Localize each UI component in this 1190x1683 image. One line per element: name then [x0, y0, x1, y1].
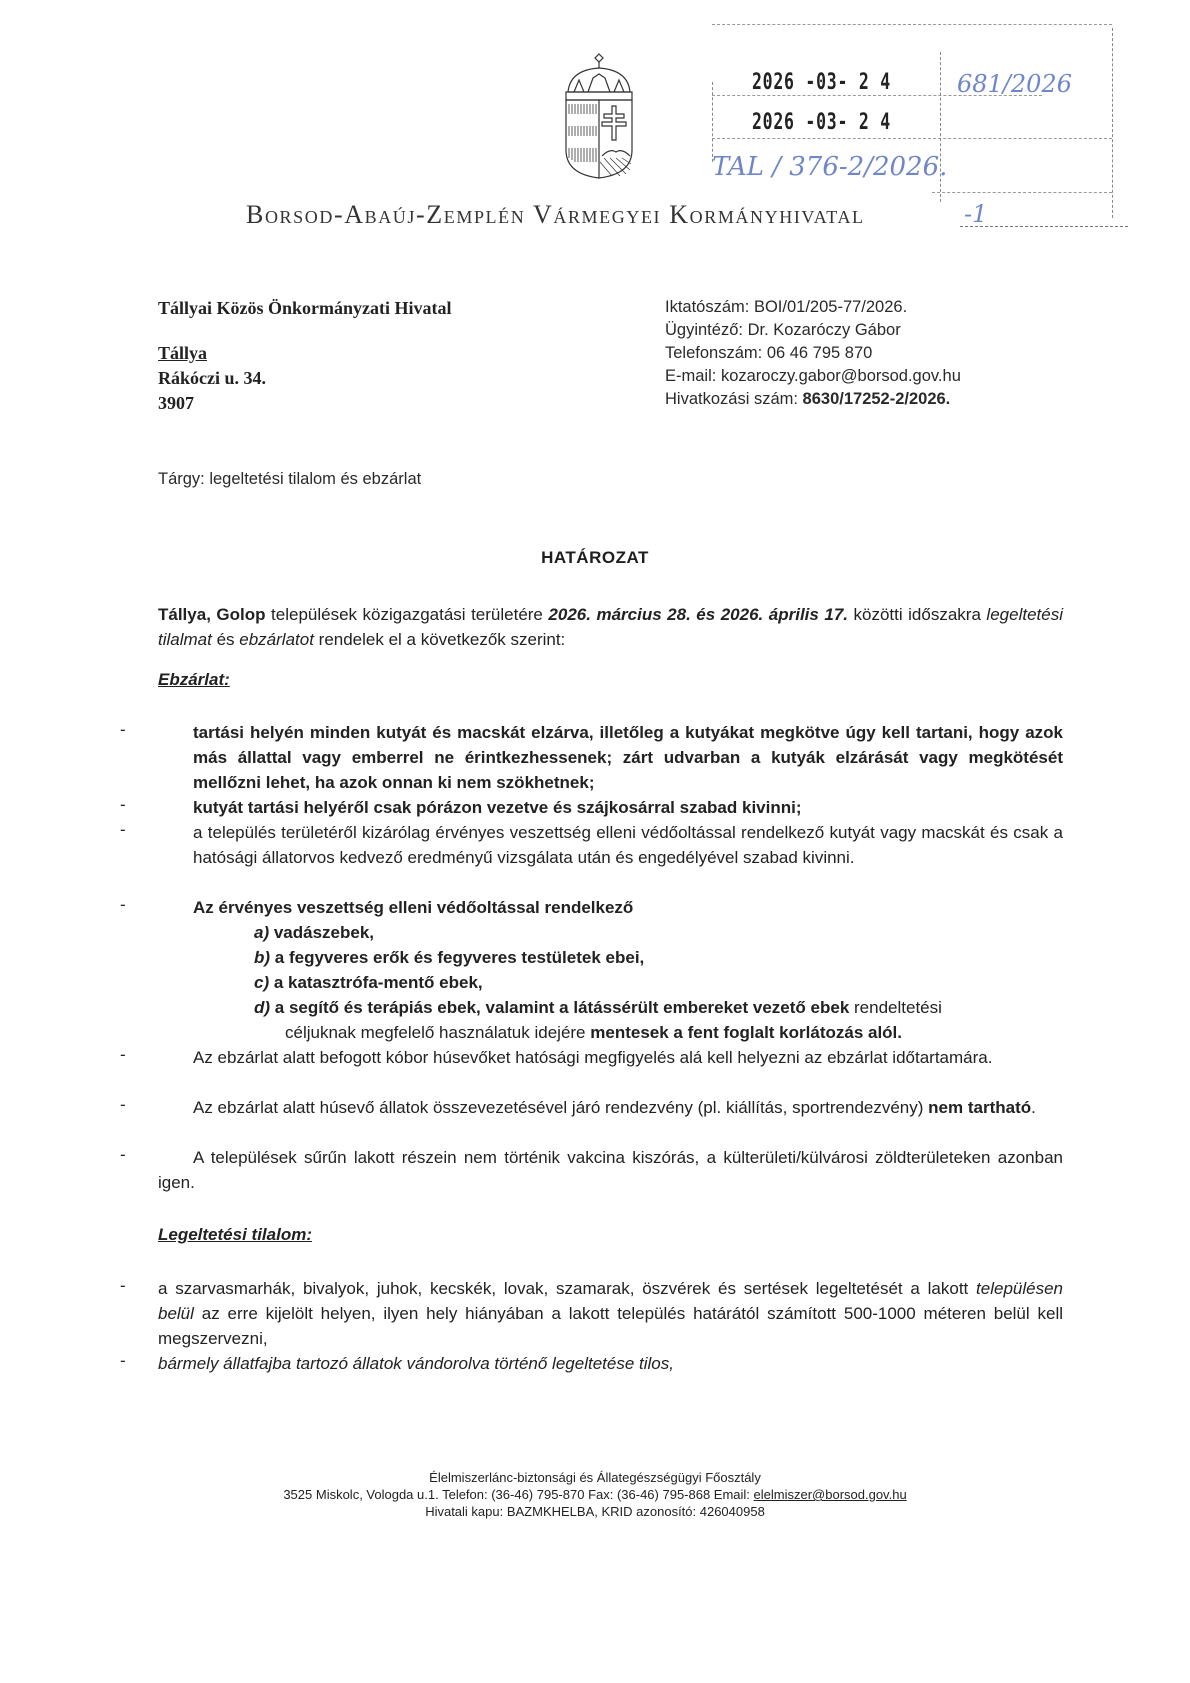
exempt-marker: b) — [254, 948, 270, 967]
document-title: HATÁROZAT — [0, 548, 1190, 568]
intro-places: Tállya, Golop — [158, 605, 266, 624]
exempt-marker: a) — [254, 923, 269, 942]
exempt-item: d) a segítő és terápiás ebek, valamint a… — [254, 995, 942, 1020]
email-value[interactable]: kozaroczy.gabor@borsod.gov.hu — [721, 367, 961, 385]
footer-address-text: 3525 Miskolc, Vologda u.1. Telefon: (36-… — [283, 1487, 753, 1502]
recipient-name: Tállyai Közös Önkormányzati Hivatal — [158, 298, 452, 319]
subject-line: Tárgy: legeltetési tilalom és ebzárlat — [158, 470, 421, 489]
received-stamp: 2026 -03- 2 4 2026 -03- 2 4 681/2026 TAL… — [712, 22, 1132, 224]
exempt-text: rendeltetési — [849, 998, 942, 1017]
intro-period: 2026. március 28. és 2026. április 17. — [548, 605, 848, 624]
reference-label: Hivatkozási szám: — [665, 390, 798, 408]
footer-gateway: Hivatali kapu: BAZMKHELBA, KRID azonosít… — [0, 1503, 1190, 1520]
stamp-date-1: 2026 -03- 2 4 — [752, 70, 891, 95]
section-heading-ebzarlat: Ebzárlat: — [158, 670, 230, 690]
filing-number-value: BOI/01/205-77/2026. — [754, 298, 907, 316]
email: E-mail: kozaroczy.gabor@borsod.gov.hu — [665, 367, 961, 386]
phone: Telefonszám: 06 46 795 870 — [665, 344, 872, 363]
exempt-marker: d) — [254, 998, 270, 1017]
exempt-text: a segítő és terápiás ebek, valamint a lá… — [270, 998, 849, 1017]
phone-label: Telefonszám: — [665, 344, 762, 362]
bullet-dash: - — [120, 795, 126, 815]
footer-address: 3525 Miskolc, Vologda u.1. Telefon: (36-… — [0, 1486, 1190, 1503]
legeltetes-text: az erre kijelölt helyen, ilyen hely hián… — [158, 1304, 1063, 1348]
exempt-text: a katasztrófa-mentő ebek, — [269, 973, 483, 992]
footer-email-link[interactable]: elelmiszer@borsod.gov.hu — [754, 1487, 907, 1502]
bullet-dash: - — [120, 1145, 126, 1165]
ebzarlat-item: a település területéről kizárólag érvény… — [158, 820, 1063, 870]
bullet-dash: - — [120, 1351, 126, 1371]
ebzarlat-rule: A települések sűrűn lakott részein nem t… — [158, 1145, 1063, 1195]
bullet-dash: - — [120, 1095, 126, 1115]
stamp-date-2: 2026 -03- 2 4 — [752, 110, 891, 135]
legeltetes-text: a szarvasmarhák, bivalyok, juhok, kecské… — [158, 1279, 976, 1298]
bullet-dash: - — [120, 895, 126, 915]
recipient-city: Tállya — [158, 343, 207, 364]
exempt-marker: c) — [254, 973, 269, 992]
exempt-item: b) a fegyveres erők és fegyveres testüle… — [254, 945, 644, 970]
legeltetes-item: a szarvasmarhák, bivalyok, juhok, kecské… — [158, 1276, 1063, 1351]
handwritten-number: 681/2026 — [957, 70, 1072, 98]
intro-text: települések közigazgatási területére — [266, 605, 549, 624]
intro-paragraph: Tállya, Golop települések közigazgatási … — [158, 602, 1063, 652]
exempt-closing-text: céljuknak megfelelő használatuk idejére — [285, 1023, 590, 1042]
bullet-dash: - — [120, 1276, 126, 1296]
reference-number: Hivatkozási szám: 8630/17252-2/2026. — [665, 390, 950, 409]
handwritten-reference: TAL / 376-2/2026. — [712, 152, 947, 182]
rule-text: . — [1031, 1098, 1036, 1117]
exempt-item: a) vadászebek, — [254, 920, 374, 945]
ebzarlat-item: kutyát tartási helyéről csak pórázon vez… — [158, 795, 1063, 820]
intro-text: rendelek el a következők szerint: — [314, 630, 565, 649]
phone-value: 06 46 795 870 — [767, 344, 873, 362]
intro-text: közötti időszakra — [848, 605, 986, 624]
hungarian-coat-of-arms-icon — [560, 52, 638, 182]
ebzarlat-rule: Az ebzárlat alatt húsevő állatok összeve… — [158, 1095, 1063, 1120]
stamp-border-left — [712, 82, 713, 162]
exempt-intro: Az érvényes veszettség elleni védőoltáss… — [193, 895, 633, 920]
bullet-dash: - — [120, 820, 126, 840]
stamp-rule — [932, 192, 1112, 193]
filing-number: Iktatószám: BOI/01/205-77/2026. — [665, 298, 907, 317]
intro-text: és — [212, 630, 239, 649]
bullet-dash: - — [120, 720, 126, 740]
email-label: E-mail: — [665, 367, 716, 385]
ebzarlat-item: tartási helyén minden kutyát és macskát … — [158, 720, 1063, 795]
stamp-rule — [712, 138, 1112, 139]
footer: Élelmiszerlánc-biztonsági és Állategészs… — [0, 1469, 1190, 1520]
bullet-dash: - — [120, 1045, 126, 1065]
stamp-border-top — [712, 24, 1112, 25]
rule-bold: nem tartható — [928, 1098, 1031, 1117]
section-heading-legeltetes: Legeltetési tilalom: — [158, 1225, 312, 1245]
reference-value: 8630/17252-2/2026. — [803, 390, 951, 408]
officer: Ügyintéző: Dr. Kozaróczy Gábor — [665, 321, 901, 340]
footer-department: Élelmiszerlánc-biztonsági és Állategészs… — [0, 1469, 1190, 1486]
exempt-closing-bold: mentesek a fent foglalt korlátozás alól. — [590, 1023, 902, 1042]
exempt-text: vadászebek, — [269, 923, 374, 942]
ebzarlat-rule: Az ebzárlat alatt befogott kóbor húsevők… — [158, 1045, 1063, 1070]
legeltetes-item: bármely állatfajba tartozó állatok vándo… — [158, 1351, 1063, 1376]
officer-value: Dr. Kozaróczy Gábor — [748, 321, 901, 339]
filing-number-label: Iktatószám: — [665, 298, 749, 316]
exempt-text: a fegyveres erők és fegyveres testületek… — [270, 948, 644, 967]
intro-emphasis: ebzárlatot — [239, 630, 314, 649]
recipient-street: Rákóczi u. 34. — [158, 368, 266, 389]
officer-label: Ügyintéző: — [665, 321, 743, 339]
exempt-closing: céljuknak megfelelő használatuk idejére … — [285, 1020, 902, 1045]
stamp-border-right — [1112, 28, 1113, 218]
exempt-item: c) a katasztrófa-mentő ebek, — [254, 970, 483, 995]
handwritten-annex: -1 — [964, 200, 987, 228]
rule-text: Az ebzárlat alatt húsevő állatok összeve… — [193, 1098, 928, 1117]
recipient-zip: 3907 — [158, 393, 194, 414]
